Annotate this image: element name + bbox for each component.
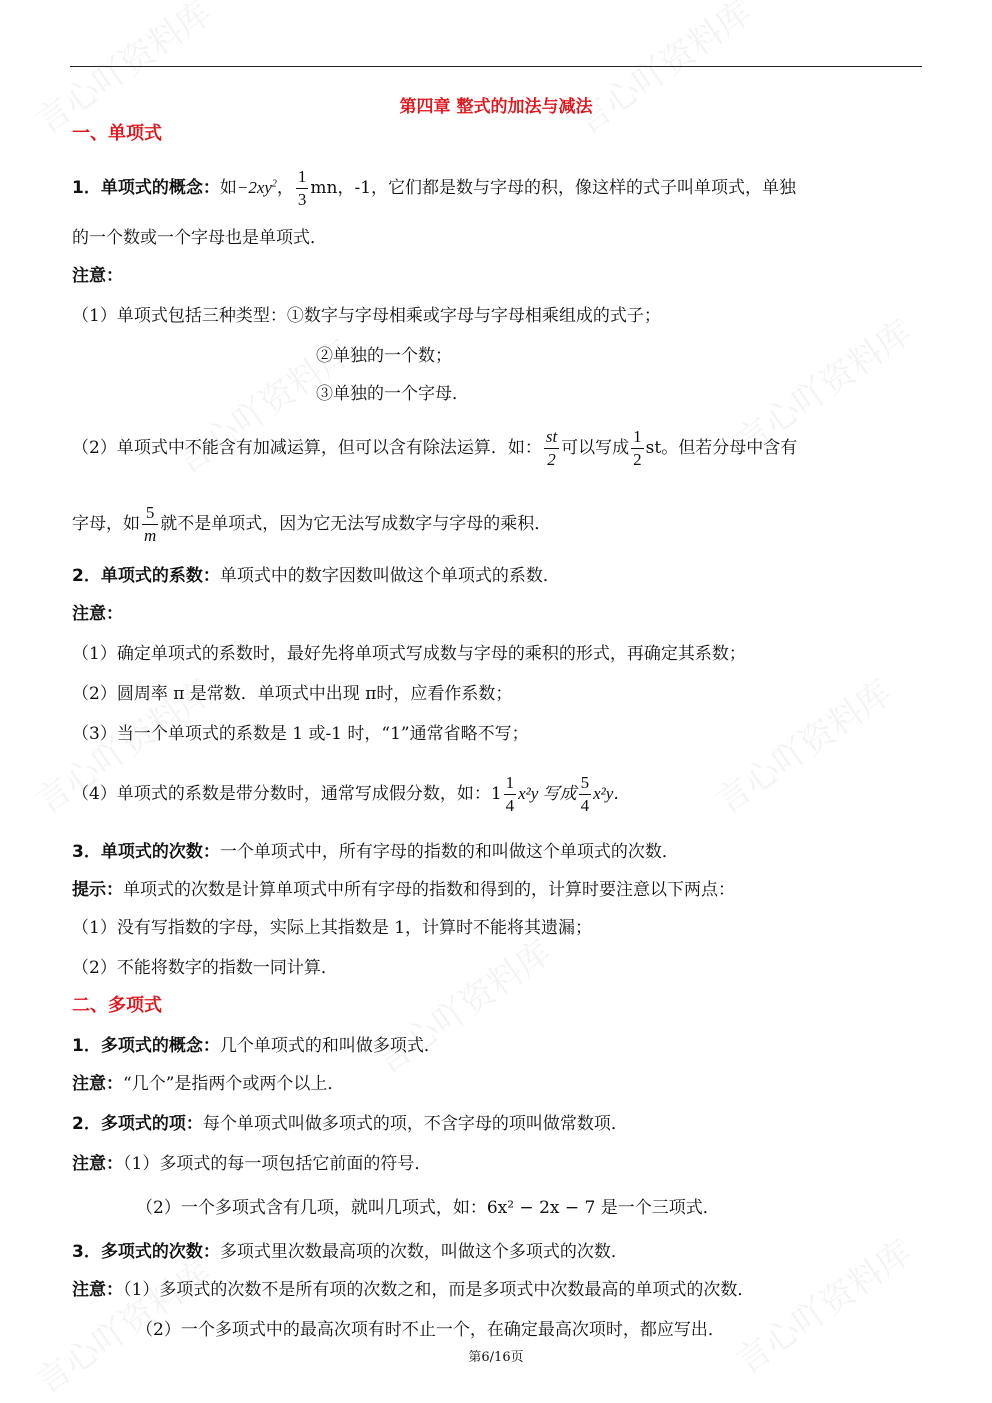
fraction: st2	[544, 426, 559, 471]
header-rule	[70, 66, 922, 67]
text: ，	[277, 178, 294, 198]
watermark: 言心吖资料库	[364, 926, 559, 1083]
fraction: 5m	[142, 502, 158, 547]
note: 注意：“几个”是指两个或两个以上．	[72, 1072, 344, 1096]
watermark: 言心吖资料库	[704, 666, 899, 823]
note-item: ②单独的一个数；	[316, 344, 452, 368]
polynomial-concept: 1．多项式的概念：几个单项式的和叫做多项式．	[72, 1034, 441, 1058]
text: x²y．	[593, 784, 630, 803]
text: 字母，如	[72, 514, 140, 534]
text: mn，-1，它们都是数与字母的积，像这样的式子叫单项式，单独	[310, 178, 796, 198]
note-item: （2）一个多项式中的最高次项有时不止一个，在确定最高次项时，都应写出．	[136, 1318, 725, 1342]
note-item: （4）单项式的系数是带分数时，通常写成假分数，如：114x²y 写成54x²y．	[72, 772, 630, 817]
text: 可以写成	[561, 438, 629, 458]
math-expr: −2xy2	[237, 178, 277, 197]
section-heading-monomial: 一、单项式	[72, 122, 162, 146]
monomial-coefficient: 2．单项式的系数：单项式中的数字因数叫做这个单项式的系数．	[72, 564, 560, 588]
note: 注意：（1）多项式的每一项包括它前面的符号．	[72, 1152, 431, 1176]
tip-item: （2）不能将数字的指数一同计算．	[72, 956, 338, 980]
note-item: ③单独的一个字母．	[316, 382, 469, 406]
text-line: 的一个数或一个字母也是单项式．	[72, 226, 327, 250]
tip: 提示：单项式的次数是计算单项式中所有字母的指数和得到的，计算时要注意以下两点：	[72, 878, 735, 902]
note-item: （2）圆周率 π 是常数．单项式中出现 π时，应看作系数；	[72, 682, 512, 706]
polynomial-degree: 3．多项式的次数：多项式里次数最高项的次数，叫做这个多项式的次数．	[72, 1240, 628, 1264]
fraction: 12	[631, 426, 644, 471]
text: （2）单项式中不能含有加减运算，但可以含有除法运算．如：	[72, 438, 542, 458]
note-item: （1）确定单项式的系数时，最好先将单项式写成数与字母的乘积的形式，再确定其系数；	[72, 642, 746, 666]
text: 就不是单项式，因为它无法写成数字与字母的乘积．	[160, 514, 551, 534]
watermark: 言心吖资料库	[564, 0, 759, 143]
section-heading-polynomial: 二、多项式	[72, 994, 162, 1018]
fraction: 54	[579, 772, 592, 817]
note-item: （1）单项式包括三种类型：①数字与字母相乘或字母与字母相乘组成的式子；	[72, 304, 661, 328]
tip-item: （1）没有写指数的字母，实际上其指数是 1，计算时不能将其遗漏；	[72, 916, 592, 940]
note-item: （3）当一个单项式的系数是 1 或-1 时，“1”通常省略不写；	[72, 722, 529, 746]
term-label: 1．单项式的概念：	[72, 178, 220, 198]
fraction: 13	[296, 166, 309, 211]
fraction: 14	[504, 772, 517, 817]
note-item: （2）一个多项式含有几项，就叫几项式，如：6x² − 2x − 7 是一个三项式…	[136, 1196, 720, 1220]
note-label: 注意：	[72, 602, 123, 626]
note: 注意：（1）多项式的次数不是所有项的次数之和，而是多项式中次数最高的单项式的次数…	[72, 1278, 754, 1302]
monomial-concept: 1．单项式的概念：如−2xy2，13mn，-1，它们都是数与字母的积，像这样的式…	[72, 166, 796, 211]
note-item: （2）单项式中不能含有加减运算，但可以含有除法运算．如：st2可以写成12st。…	[72, 426, 797, 471]
text: 如	[220, 178, 237, 198]
note-item: 字母，如5m就不是单项式，因为它无法写成数字与字母的乘积．	[72, 502, 551, 547]
page-number: 第6/16页	[0, 1346, 992, 1365]
chapter-title: 第四章 整式的加法与减法	[0, 92, 992, 117]
text: st。但若分母中含有	[646, 438, 798, 458]
note-label: 注意：	[72, 264, 123, 288]
polynomial-term: 2．多项式的项：每个单项式叫做多项式的项，不含字母的项叫做常数项．	[72, 1112, 628, 1136]
text: （4）单项式的系数是带分数时，通常写成假分数，如：1	[72, 784, 502, 804]
text: x²y 写成	[518, 784, 576, 803]
monomial-degree: 3．单项式的次数：一个单项式中，所有字母的指数的和叫做这个单项式的次数．	[72, 840, 679, 864]
